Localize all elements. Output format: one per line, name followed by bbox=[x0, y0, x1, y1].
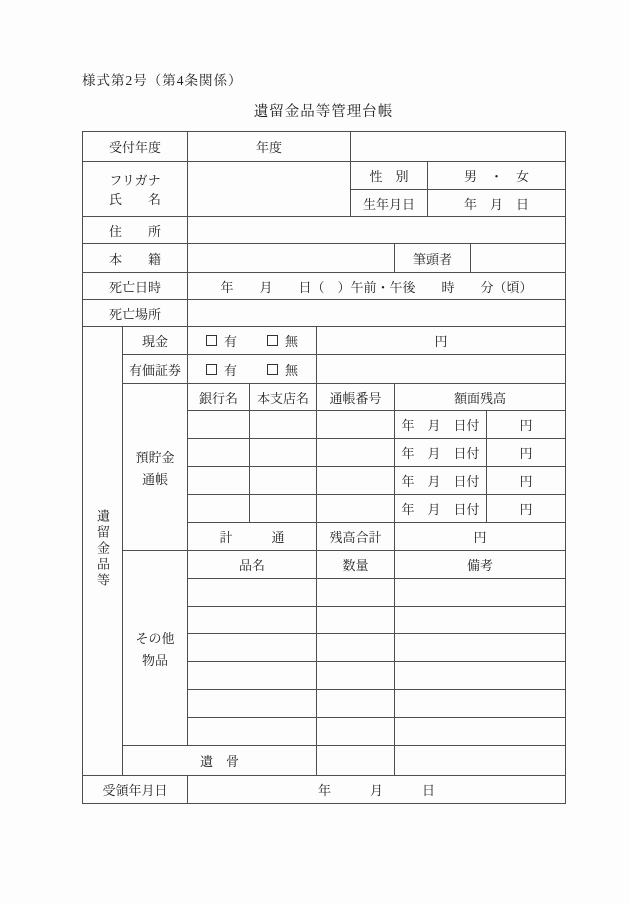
page-title: 遺留金品等管理台帳 bbox=[82, 100, 565, 121]
receipt-date-value-cell: 年 月 日 bbox=[188, 776, 566, 804]
cash-amount-cell: 円 bbox=[317, 327, 566, 355]
item-name-cell bbox=[188, 690, 317, 718]
balance-amount-cell: 円 bbox=[487, 495, 566, 523]
ledger-table: 受付年度 年度 フリガナ 氏 名 性 別 男 ・ 女 生年月日 年 月 日 住 … bbox=[82, 131, 566, 804]
item-note-cell bbox=[395, 718, 566, 746]
item-name-cell bbox=[188, 634, 317, 662]
ghost-cell bbox=[351, 132, 566, 162]
cash-none-label: 無 bbox=[285, 331, 298, 350]
balance-total-label: 残高合計 bbox=[317, 523, 395, 551]
item-name-cell bbox=[188, 579, 317, 607]
branch-name-cell bbox=[250, 439, 317, 467]
domicile-input-cell bbox=[188, 244, 395, 273]
balance-total-cell: 円 bbox=[395, 523, 566, 551]
securities-label: 有価証券 bbox=[123, 355, 188, 384]
balance-amount-cell: 円 bbox=[487, 439, 566, 467]
item-qty-cell bbox=[317, 634, 395, 662]
other-items-label-line2: 物品 bbox=[123, 650, 187, 669]
domicile-label: 本 籍 bbox=[83, 244, 188, 273]
belongings-group-label: 遺留金品等 bbox=[93, 509, 112, 589]
row-remains: 遺 骨 bbox=[83, 746, 566, 776]
item-qty-cell bbox=[317, 690, 395, 718]
passbook-number-header: 通帳番号 bbox=[317, 384, 395, 411]
securities-checkbox-cell: 有 無 bbox=[188, 355, 317, 384]
name-input-cell bbox=[188, 162, 351, 217]
securities-detail-cell bbox=[317, 355, 566, 384]
balance-date-cell: 年 月 日付 bbox=[395, 439, 487, 467]
balance-amount-cell: 円 bbox=[487, 467, 566, 495]
row-securities: 有価証券 有 無 bbox=[83, 355, 566, 384]
item-name-cell bbox=[188, 662, 317, 690]
head-of-family-input-cell bbox=[471, 244, 566, 273]
bank-name-cell bbox=[188, 439, 250, 467]
item-qty-cell bbox=[317, 579, 395, 607]
row-death-place: 死亡場所 bbox=[83, 300, 566, 327]
item-qty-cell bbox=[317, 607, 395, 634]
passbook-label-line1: 預貯金 bbox=[123, 447, 187, 466]
securities-none-option: 無 bbox=[267, 360, 298, 379]
balance-date-cell: 年 月 日付 bbox=[395, 467, 487, 495]
head-of-family-label: 筆頭者 bbox=[395, 244, 471, 273]
item-note-cell bbox=[395, 607, 566, 634]
passbook-number-cell bbox=[317, 439, 395, 467]
other-items-label-line1: その他 bbox=[123, 628, 187, 647]
item-note-cell bbox=[395, 579, 566, 607]
death-place-label: 死亡場所 bbox=[83, 300, 188, 327]
bank-name-cell bbox=[188, 411, 250, 439]
branch-name-cell bbox=[250, 467, 317, 495]
item-note-cell bbox=[395, 634, 566, 662]
item-name-header: 品名 bbox=[188, 551, 317, 579]
securities-has-label: 有 bbox=[224, 360, 237, 379]
item-note-cell bbox=[395, 662, 566, 690]
row-furigana-sex: フリガナ 氏 名 性 別 男 ・ 女 bbox=[83, 162, 566, 190]
remains-note-cell bbox=[395, 746, 566, 776]
securities-none-label: 無 bbox=[285, 360, 298, 379]
form-number: 様式第2号（第4条関係） bbox=[82, 69, 243, 89]
reception-year-value-cell: 年度 bbox=[188, 132, 351, 162]
remains-qty-cell bbox=[317, 746, 395, 776]
securities-has-option: 有 bbox=[206, 360, 237, 379]
belongings-group-label-cell: 遺留金品等 bbox=[83, 327, 123, 776]
bank-name-cell bbox=[188, 495, 250, 523]
balance-date-cell: 年 月 日付 bbox=[395, 411, 487, 439]
sex-value-cell: 男 ・ 女 bbox=[428, 162, 566, 190]
cash-has-label: 有 bbox=[224, 331, 237, 350]
row-address: 住 所 bbox=[83, 217, 566, 244]
address-label: 住 所 bbox=[83, 217, 188, 244]
item-qty-header: 数量 bbox=[317, 551, 395, 579]
bank-name-cell bbox=[188, 467, 250, 495]
passbook-number-cell bbox=[317, 411, 395, 439]
cash-checkbox-cell: 有 無 bbox=[188, 327, 317, 355]
furigana-label: フリガナ bbox=[83, 170, 187, 189]
branch-name-cell bbox=[250, 411, 317, 439]
other-items-label-cell: その他 物品 bbox=[123, 551, 188, 746]
reception-year-label: 受付年度 bbox=[83, 132, 188, 162]
row-death-datetime: 死亡日時 年 月 日（ ）午前・午後 時 分（頃） bbox=[83, 273, 566, 300]
item-note-cell bbox=[395, 690, 566, 718]
cash-none-option: 無 bbox=[267, 331, 298, 350]
item-name-cell bbox=[188, 607, 317, 634]
sex-label: 性 別 bbox=[351, 162, 428, 190]
row-reception-year: 受付年度 年度 bbox=[83, 132, 566, 162]
name-label: 氏 名 bbox=[83, 189, 187, 208]
passbook-label-cell: 預貯金 通帳 bbox=[123, 384, 188, 551]
checkbox-unchecked-icon bbox=[267, 364, 278, 375]
item-note-header: 備考 bbox=[395, 551, 566, 579]
item-qty-cell bbox=[317, 662, 395, 690]
balance-header: 額面残高 bbox=[395, 384, 566, 411]
bank-name-header: 銀行名 bbox=[188, 384, 250, 411]
passbook-count-cell: 計 通 bbox=[188, 523, 317, 551]
row-items-header: その他 物品 品名 数量 備考 bbox=[83, 551, 566, 579]
name-label-cell: フリガナ 氏 名 bbox=[83, 162, 188, 217]
branch-name-header: 本支店名 bbox=[250, 384, 317, 411]
balance-amount-cell: 円 bbox=[487, 411, 566, 439]
row-receipt-date: 受領年月日 年 月 日 bbox=[83, 776, 566, 804]
address-input-cell bbox=[188, 217, 566, 244]
birthdate-label: 生年月日 bbox=[351, 190, 428, 217]
death-datetime-value-cell: 年 月 日（ ）午前・午後 時 分（頃） bbox=[188, 273, 566, 300]
passbook-number-cell bbox=[317, 467, 395, 495]
checkbox-unchecked-icon bbox=[267, 335, 278, 346]
checkbox-unchecked-icon bbox=[206, 364, 217, 375]
row-cash: 遺留金品等 現金 有 無 円 bbox=[83, 327, 566, 355]
remains-label: 遺 骨 bbox=[123, 746, 317, 776]
cash-has-option: 有 bbox=[206, 331, 237, 350]
death-place-input-cell bbox=[188, 300, 566, 327]
row-domicile: 本 籍 筆頭者 bbox=[83, 244, 566, 273]
passbook-number-cell bbox=[317, 495, 395, 523]
birthdate-value-cell: 年 月 日 bbox=[428, 190, 566, 217]
cash-label: 現金 bbox=[123, 327, 188, 355]
death-datetime-label: 死亡日時 bbox=[83, 273, 188, 300]
balance-date-cell: 年 月 日付 bbox=[395, 495, 487, 523]
checkbox-unchecked-icon bbox=[206, 335, 217, 346]
document-page: 様式第2号（第4条関係） 遺留金品等管理台帳 受付年度 年度 フリガナ 氏 名 … bbox=[0, 0, 630, 903]
item-qty-cell bbox=[317, 718, 395, 746]
row-passbook-header: 預貯金 通帳 銀行名 本支店名 通帳番号 額面残高 bbox=[83, 384, 566, 411]
receipt-date-label: 受領年月日 bbox=[83, 776, 188, 804]
passbook-label-line2: 通帳 bbox=[123, 469, 187, 488]
item-name-cell bbox=[188, 718, 317, 746]
branch-name-cell bbox=[250, 495, 317, 523]
